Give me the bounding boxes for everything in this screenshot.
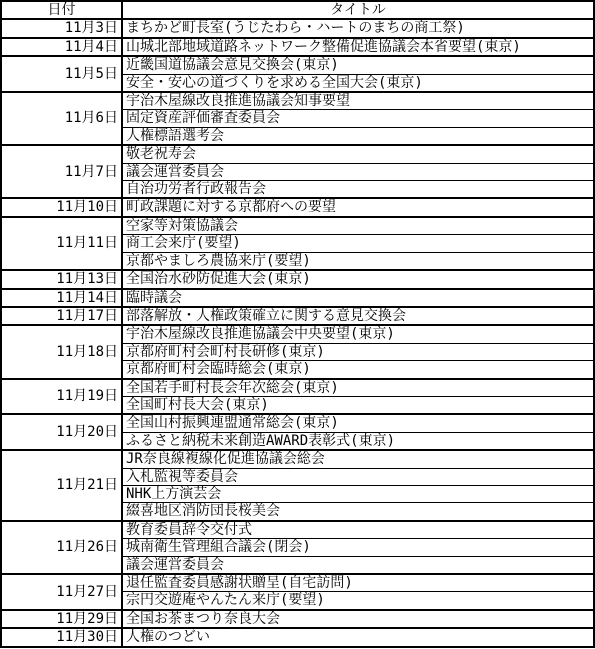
title-cell: 近畿国道協議会意見交換会(東京) <box>122 56 594 74</box>
title-cell: 京都やましろ農協来庁(要望) <box>122 252 594 270</box>
table-row: 11月19日全国若手町村長会年次総会(東京) <box>1 379 594 397</box>
table-row: 11月6日宇治木屋線改良推進協議会知事要望 <box>1 92 594 110</box>
table-row: 11月7日敬老祝寿会 <box>1 145 594 163</box>
title-cell: 宇治木屋線改良推進協議会知事要望 <box>122 92 594 110</box>
date-cell: 11月21日 <box>1 450 122 521</box>
title-cell: 町政課題に対する京都府への要望 <box>122 198 594 216</box>
title-cell: 全国若手町村長会年次総会(東京) <box>122 379 594 397</box>
date-cell: 11月13日 <box>1 270 122 288</box>
date-cell: 11月11日 <box>1 217 122 270</box>
title-cell: 全国山村振興連盟通常総会(東京) <box>122 414 594 432</box>
title-cell: JR奈良線複線化促進協議会総会 <box>122 450 594 468</box>
header-row: 日付 タイトル <box>1 1 594 19</box>
title-cell: 京都府町村会町村長研修(東京) <box>122 343 594 360</box>
date-cell: 11月29日 <box>1 610 122 628</box>
title-cell: 京都府町村会臨時総会(東京) <box>122 361 594 379</box>
title-cell: 城南衛生管理組合議会(閉会) <box>122 539 594 556</box>
title-cell: 人権のつどい <box>122 628 594 646</box>
title-cell: 商工会来庁(要望) <box>122 235 594 252</box>
table-row: 11月14日臨時議会 <box>1 289 594 307</box>
date-cell: 11月10日 <box>1 198 122 216</box>
title-cell: 全国お茶まつり奈良大会 <box>122 610 594 628</box>
table-row: 11月30日人権のつどい <box>1 628 594 646</box>
title-cell: NHK上方演芸会 <box>122 485 594 502</box>
table-row: 11月26日教育委員辞令交付式 <box>1 521 594 539</box>
date-cell: 11月19日 <box>1 379 122 415</box>
title-cell: 空家等対策協議会 <box>122 217 594 235</box>
date-cell: 11月14日 <box>1 289 122 307</box>
title-cell: 退任監査委員感謝状贈呈(自宅訪問) <box>122 574 594 592</box>
table-row: 11月18日宇治木屋線改良推進協議会中央要望(東京) <box>1 325 594 343</box>
title-cell: 宇治木屋線改良推進協議会中央要望(東京) <box>122 325 594 343</box>
date-cell: 11月7日 <box>1 145 122 198</box>
title-cell: まちかど町長室(うじたわら・ハートのまちの商工祭) <box>122 19 594 37</box>
title-cell: 綴喜地区消防団長桜美会 <box>122 503 594 521</box>
date-cell: 11月6日 <box>1 92 122 145</box>
title-cell: 全国治水砂防促進大会(東京) <box>122 270 594 288</box>
title-cell: 議会運営委員会 <box>122 556 594 574</box>
date-cell: 11月27日 <box>1 574 122 610</box>
column-header-date: 日付 <box>1 1 122 19</box>
table-row: 11月11日空家等対策協議会 <box>1 217 594 235</box>
title-cell: 全国町村長大会(東京) <box>122 396 594 414</box>
title-cell: 自治功労者行政報告会 <box>122 181 594 199</box>
title-cell: 人権標語選考会 <box>122 127 594 145</box>
table-row: 11月17日部落解放・人権政策確立に関する意見交換会 <box>1 307 594 325</box>
table-row: 11月13日全国治水砂防促進大会(東京) <box>1 270 594 288</box>
schedule-table: 日付 タイトル 11月3日まちかど町長室(うじたわら・ハートのまちの商工祭)11… <box>0 0 595 648</box>
table-row: 11月3日まちかど町長室(うじたわら・ハートのまちの商工祭) <box>1 19 594 37</box>
title-cell: 敬老祝寿会 <box>122 145 594 163</box>
date-cell: 11月30日 <box>1 628 122 646</box>
title-cell: 臨時議会 <box>122 289 594 307</box>
title-cell: 入札監視等委員会 <box>122 468 594 485</box>
table-row: 11月29日全国お茶まつり奈良大会 <box>1 610 594 628</box>
date-cell: 11月20日 <box>1 414 122 450</box>
column-header-title: タイトル <box>122 1 594 19</box>
title-cell: ふるさと納税未来創造AWARD表彰式(東京) <box>122 432 594 450</box>
title-cell: 山城北部地域道路ネットワーク整備促進協議会本省要望(東京) <box>122 38 594 56</box>
date-cell: 11月3日 <box>1 19 122 37</box>
table-row: 11月4日山城北部地域道路ネットワーク整備促進協議会本省要望(東京) <box>1 38 594 56</box>
date-cell: 11月26日 <box>1 521 122 574</box>
date-cell: 11月18日 <box>1 325 122 378</box>
title-cell: 固定資産評価審査委員会 <box>122 110 594 127</box>
table-row: 11月5日近畿国道協議会意見交換会(東京) <box>1 56 594 74</box>
table-row: 11月27日退任監査委員感謝状贈呈(自宅訪問) <box>1 574 594 592</box>
table-row: 11月20日全国山村振興連盟通常総会(東京) <box>1 414 594 432</box>
table-body: 11月3日まちかど町長室(うじたわら・ハートのまちの商工祭)11月4日山城北部地… <box>1 19 594 646</box>
table-row: 11月10日町政課題に対する京都府への要望 <box>1 198 594 216</box>
date-cell: 11月4日 <box>1 38 122 56</box>
date-cell: 11月5日 <box>1 56 122 92</box>
title-cell: 宗円交遊庵やんたん来庁(要望) <box>122 592 594 610</box>
title-cell: 教育委員辞令交付式 <box>122 521 594 539</box>
title-cell: 議会運営委員会 <box>122 163 594 180</box>
date-cell: 11月17日 <box>1 307 122 325</box>
title-cell: 安全・安心の道づくりを求める全国大会(東京) <box>122 74 594 92</box>
table-row: 11月21日JR奈良線複線化促進協議会総会 <box>1 450 594 468</box>
title-cell: 部落解放・人権政策確立に関する意見交換会 <box>122 307 594 325</box>
